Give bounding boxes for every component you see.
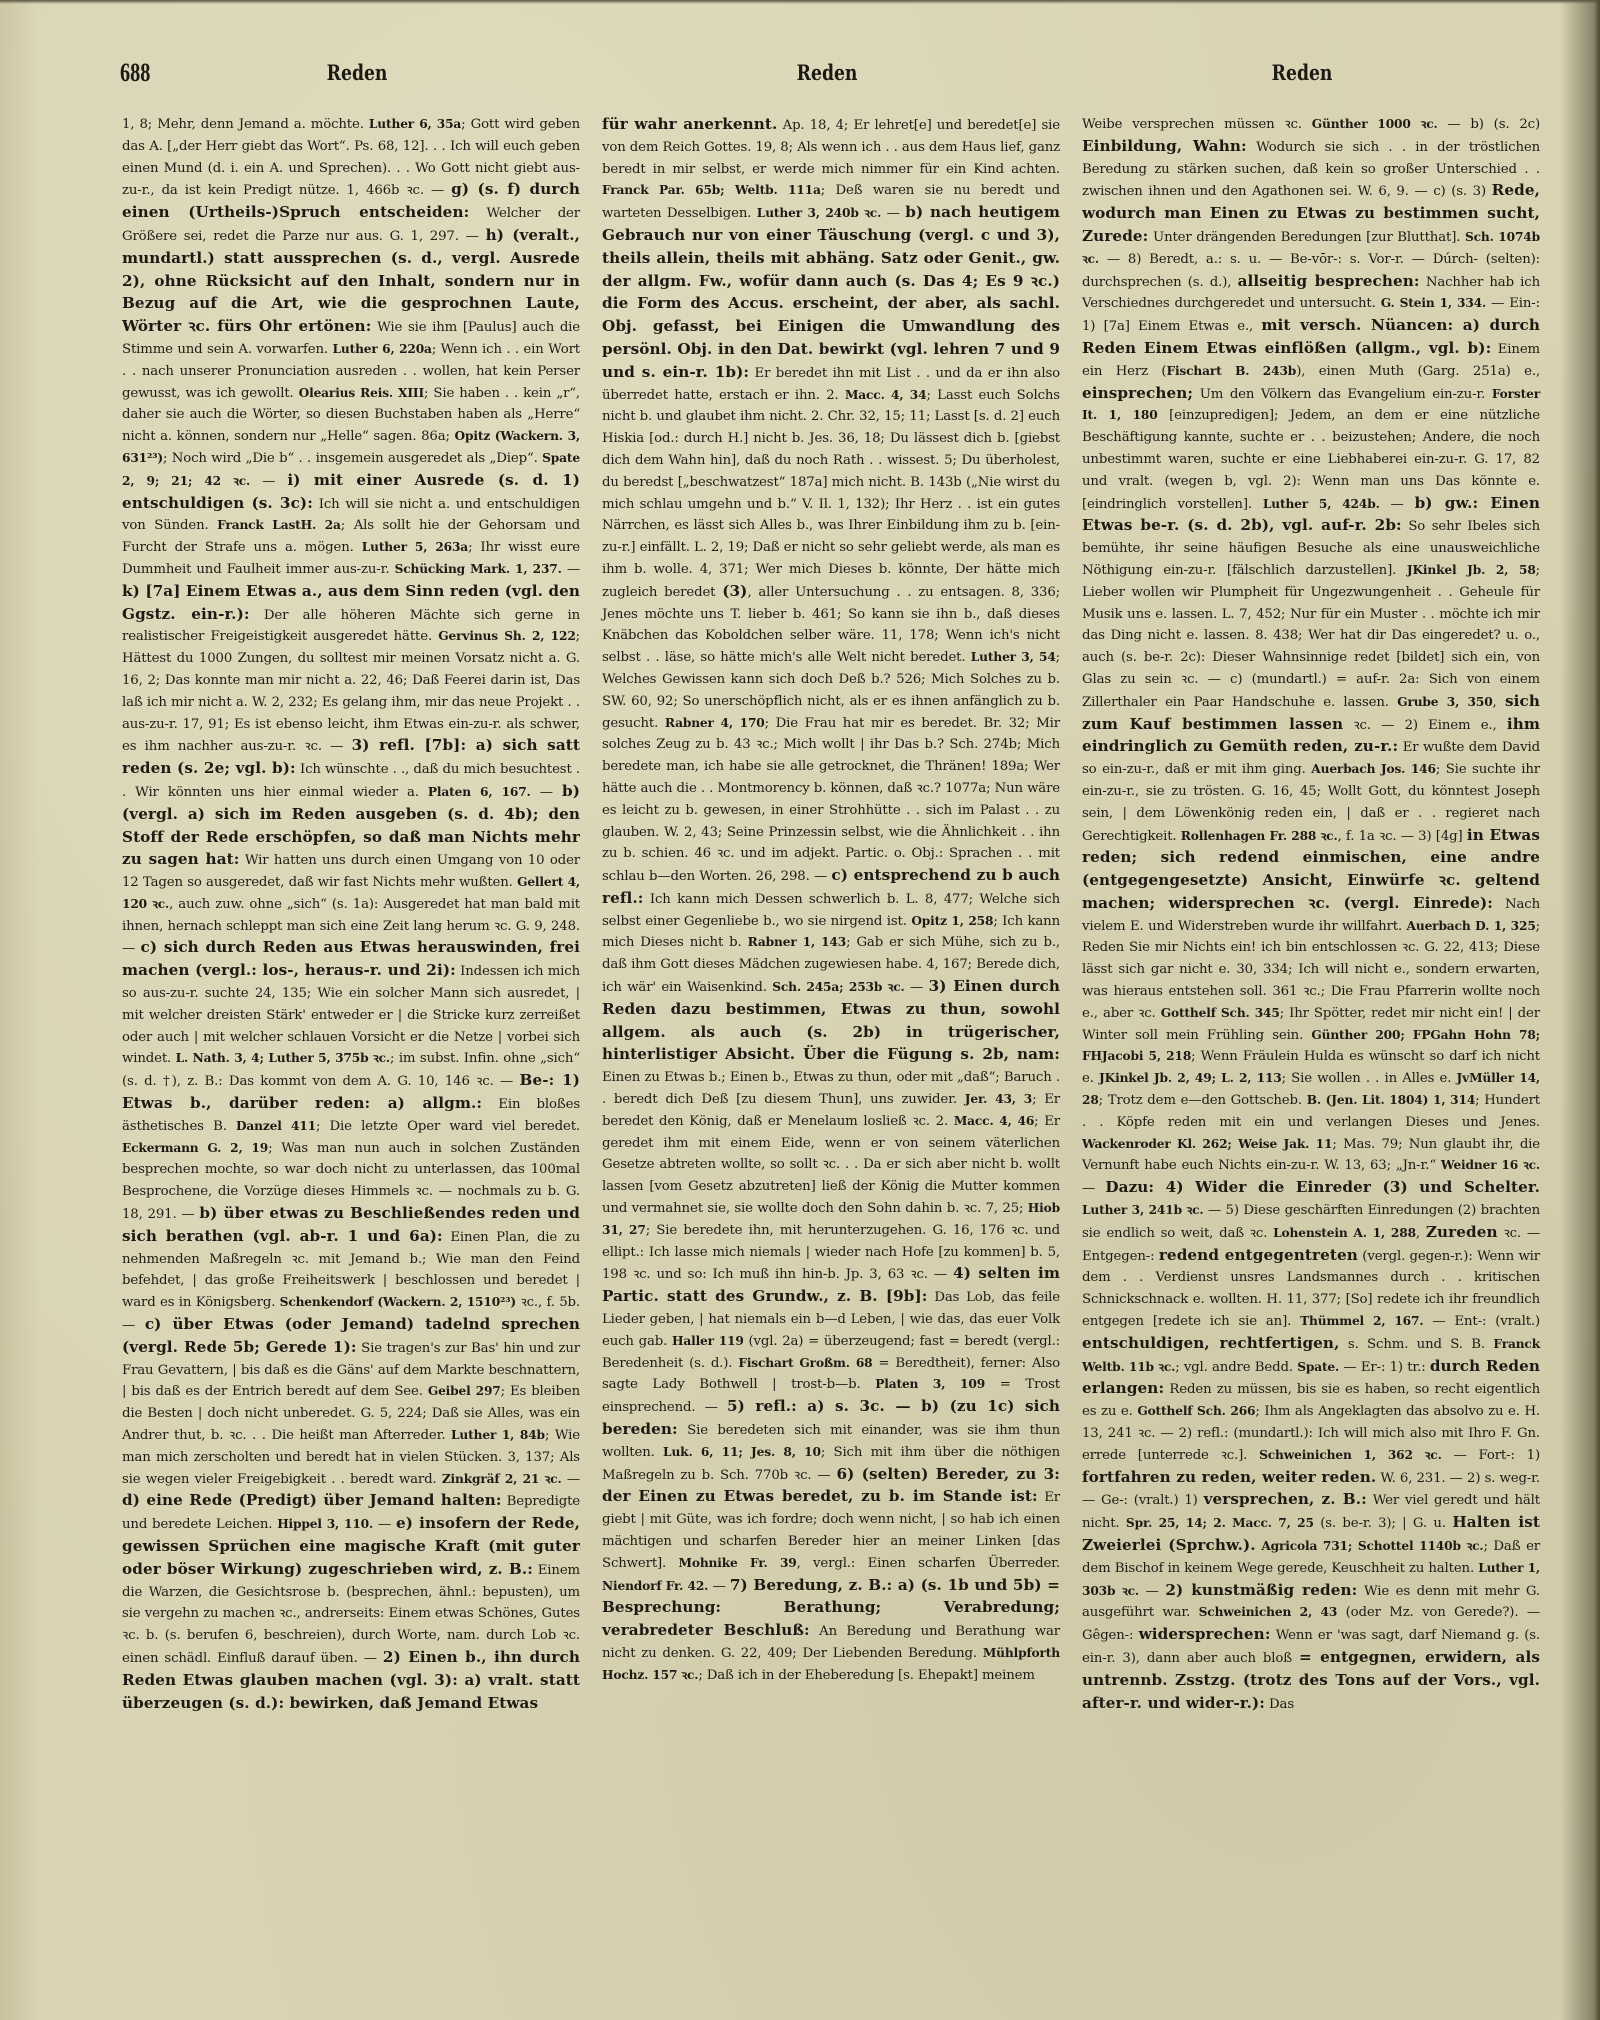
definition-text: einsprechen;	[1082, 384, 1193, 402]
citation-source: Mohnike Fr. 39	[679, 1556, 797, 1570]
page-top-edge	[0, 0, 1600, 4]
citation-source: Grube 3, 350	[1397, 695, 1492, 709]
citation-source: Luther 3, 241b ꝛc.	[1082, 1203, 1203, 1217]
citation-source: Lohenstein A. 1, 288	[1273, 1226, 1416, 1240]
entry-text: s. Schm. und S. B.	[1339, 1337, 1493, 1352]
citation-source: Geibel 297	[428, 1384, 501, 1398]
text-column-2: für wahr anerkennt. Ap. 18, 4; Er lehret…	[602, 114, 1060, 1687]
entry-text: Das	[1265, 1697, 1294, 1712]
citation-source: Gervinus Sh. 2, 122	[438, 629, 575, 643]
definition-text: b) nach heutigem Gebrauch nur von einer …	[602, 203, 1060, 381]
citation-source: Danzel 411	[236, 1119, 316, 1133]
definition-text: für wahr anerkennt.	[602, 115, 777, 133]
entry-text: Unter drängenden Beredungen [zur Bluttha…	[1148, 230, 1465, 245]
entry-text: ; Daß ich in der Eheberedung [s. Ehepakt…	[698, 1668, 1034, 1683]
citation-source: Rollenhagen Fr. 288 ꝛc.	[1181, 829, 1338, 843]
entry-text: —	[531, 785, 562, 800]
entry-text: , f. 1a ꝛc. — 3) [4g]	[1338, 829, 1467, 844]
citation-source: Haller 119	[672, 1334, 744, 1348]
citation-source: Franck LastH. 2a	[217, 518, 341, 532]
definition-text: 2) kunstmäßig reden:	[1165, 1581, 1357, 1599]
entry-text: ; Lieber wollen wir Plumpheit für Ungezw…	[1082, 563, 1540, 710]
entry-text: ; Die letzte Oper ward viel beredet.	[316, 1119, 580, 1134]
definition-text: Einbildung, Wahn:	[1082, 137, 1247, 155]
citation-source: Zinkgräf 2, 21 ꝛc.	[442, 1472, 562, 1486]
citation-source: Gotthelf Sch. 266	[1137, 1404, 1255, 1418]
citation-source: Platen 3, 109	[875, 1377, 985, 1391]
running-head-right: Reden	[1272, 60, 1333, 85]
entry-text: ; Trotz dem e—den Gottscheb.	[1099, 1093, 1307, 1108]
entry-text: — Er-: 1) tr.:	[1339, 1360, 1430, 1375]
citation-source: Luther 6, 35a	[369, 117, 461, 131]
citation-source: Niendorf Fr. 42.	[602, 1579, 708, 1593]
citation-source: Macc. 4, 46	[954, 1114, 1034, 1128]
entry-text: —	[905, 980, 929, 995]
page-right-edge	[1594, 0, 1600, 2020]
definition-text: Dazu: 4) Wider die Einreder (3) und Sche…	[1105, 1178, 1540, 1196]
definition-text: entschuldigen, rechtfertigen,	[1082, 1334, 1339, 1352]
entry-text: ,	[1416, 1226, 1426, 1241]
citation-source: Agricola 731; Schottel 1140b ꝛc.	[1261, 1539, 1483, 1553]
citation-source: Schweinichen 2, 43	[1199, 1605, 1338, 1619]
citation-source: Luther 1, 84b	[451, 1428, 545, 1442]
definition-text: Zureden	[1426, 1223, 1498, 1241]
citation-source: Spate.	[1297, 1360, 1339, 1374]
definition-text: widersprechen:	[1139, 1625, 1271, 1643]
entry-text: Weibe versprechen müssen ꝛc.	[1082, 117, 1312, 132]
citation-source: JKinkel Jb. 2, 58	[1407, 563, 1536, 577]
entry-text: —	[250, 474, 287, 489]
column-2-body: für wahr anerkennt. Ap. 18, 4; Er lehret…	[602, 114, 1060, 1687]
citation-source: Jer. 43, 3	[965, 1092, 1032, 1106]
citation-source: L. Nath. 3, 4; Luther 5, 375b ꝛc.	[176, 1051, 390, 1065]
citation-source: Schweinichen 1, 362 ꝛc.	[1259, 1448, 1442, 1462]
entry-text: — Fort-: 1)	[1442, 1448, 1540, 1463]
citation-source: Luther 3, 240b ꝛc.	[757, 206, 881, 220]
definition-text: d) eine Rede (Predigt) über Jemand halte…	[122, 1491, 502, 1509]
entry-text: ; Er geredet ihm mit einem Eide, wenn er…	[602, 1114, 1060, 1216]
entry-text: —	[562, 562, 580, 577]
citation-source: Thümmel 2, 167.	[1300, 1314, 1423, 1328]
page-number: 688	[120, 58, 150, 88]
citation-source: Wackenroder Kl. 262; Weise Jak. 11	[1082, 1137, 1332, 1151]
running-head-center: Reden	[797, 60, 858, 85]
entry-text: ; vgl. andre Bedd.	[1175, 1360, 1297, 1375]
entry-text: ; Die Frau hat mir es beredet. Br. 32; M…	[602, 716, 1060, 885]
entry-text: 1, 8; Mehr, denn Jemand a. möchte.	[122, 117, 369, 132]
definition-text: (3)	[722, 582, 747, 600]
citation-source: Luther 5, 263a	[362, 540, 468, 554]
entry-text: (s. be-r. 3); | G. u.	[1314, 1516, 1453, 1531]
entry-text: —	[1139, 1584, 1165, 1599]
entry-text: ,	[1493, 695, 1505, 710]
entry-text: —	[562, 1472, 580, 1487]
column-1-body: 1, 8; Mehr, denn Jemand a. möchte. Luthe…	[122, 114, 580, 1715]
entry-text: —	[708, 1579, 730, 1594]
entry-text: — b) (s. 2c)	[1438, 117, 1540, 132]
entry-text: —	[1082, 1181, 1105, 1196]
text-column-1: 1, 8; Mehr, denn Jemand a. möchte. Luthe…	[122, 114, 580, 1715]
entry-text: ; Lasst euch Solchs nicht b. und glaubet…	[602, 388, 1060, 600]
citation-source: Macc. 4, 34	[845, 388, 927, 402]
entry-text: — Ent-: (vralt.)	[1423, 1314, 1540, 1329]
citation-source: Luther 5, 424b.	[1263, 497, 1380, 511]
entry-text: ), einen Muth (Garg. 251a) e.,	[1296, 364, 1540, 379]
citation-source: Luther 6, 220a	[332, 342, 431, 356]
citation-source: Spr. 25, 14; 2. Macc. 7, 25	[1126, 1516, 1314, 1530]
citation-source: G. Stein 1, 334.	[1381, 296, 1486, 310]
definition-text: allseitig besprechen:	[1238, 272, 1420, 290]
entry-text: ; Noch wird „Die b“ . . insgemein ausger…	[163, 451, 542, 466]
entry-text: , vergl.: Einen scharfen Überreder.	[797, 1556, 1060, 1571]
entry-text: ; Sie wollen . . in Alles e.	[1282, 1071, 1457, 1086]
citation-source: Auerbach D. 1, 325	[1407, 919, 1536, 933]
entry-text: —	[881, 206, 905, 221]
citation-source: Rabner 4, 170	[665, 716, 765, 730]
citation-source: Luk. 6, 11; Jes. 8, 10	[663, 1445, 821, 1459]
citation-source: Günther 1000 ꝛc.	[1312, 117, 1438, 131]
citation-source: Weidner 16 ꝛc.	[1441, 1158, 1540, 1172]
text-column-3: Weibe versprechen müssen ꝛc. Günther 100…	[1082, 114, 1540, 1715]
definition-text: redend entgegentreten	[1159, 1246, 1358, 1264]
citation-source: Sch. 245a; 253b ꝛc.	[772, 980, 904, 994]
citation-source: Eckermann G. 2, 19	[122, 1141, 268, 1155]
entry-text: Um den Völkern das Evangelium ein-zu-r.	[1193, 387, 1492, 402]
citation-source: Schenkendorf (Wackern. 2, 1510²³)	[280, 1295, 516, 1309]
citation-source: Fischart Großm. 68	[738, 1356, 872, 1370]
definition-text: versprechen, z. B.:	[1204, 1490, 1367, 1508]
citation-source: Platen 6, 167.	[428, 785, 531, 799]
citation-source: Franck Par. 65b; Weltb. 111a	[602, 183, 821, 197]
page-header: 688 Reden Reden Reden	[0, 58, 1600, 98]
column-3-body: Weibe versprechen müssen ꝛc. Günther 100…	[1082, 114, 1540, 1715]
citation-source: Luther 3, 54	[971, 650, 1056, 664]
citation-source: Opitz 1, 258	[911, 914, 993, 928]
citation-source: Gotthelf Sch. 345	[1161, 1006, 1280, 1020]
citation-source: B. (Jen. Lit. 1804) 1, 314	[1307, 1093, 1475, 1107]
citation-source: Fischart B. 243b	[1166, 364, 1296, 378]
definition-text: fortfahren zu reden, weiter reden.	[1082, 1468, 1376, 1486]
citation-source: Schücking Mark. 1, 237.	[395, 562, 562, 576]
citation-source: Rabner 1, 143	[748, 935, 846, 949]
entry-text: ꝛc. — 2) Einem e.,	[1343, 718, 1507, 733]
entry-text: —	[373, 1517, 396, 1532]
citation-source: Hippel 3, 110.	[277, 1517, 373, 1531]
citation-source: JKinkel Jb. 2, 49; L. 2, 113	[1099, 1071, 1282, 1085]
citation-source: Olearius Reis. XIII	[299, 386, 424, 400]
entry-text: —	[1380, 497, 1415, 512]
running-head-left: Reden	[327, 60, 388, 85]
citation-source: Auerbach Jos. 146	[1311, 762, 1436, 776]
